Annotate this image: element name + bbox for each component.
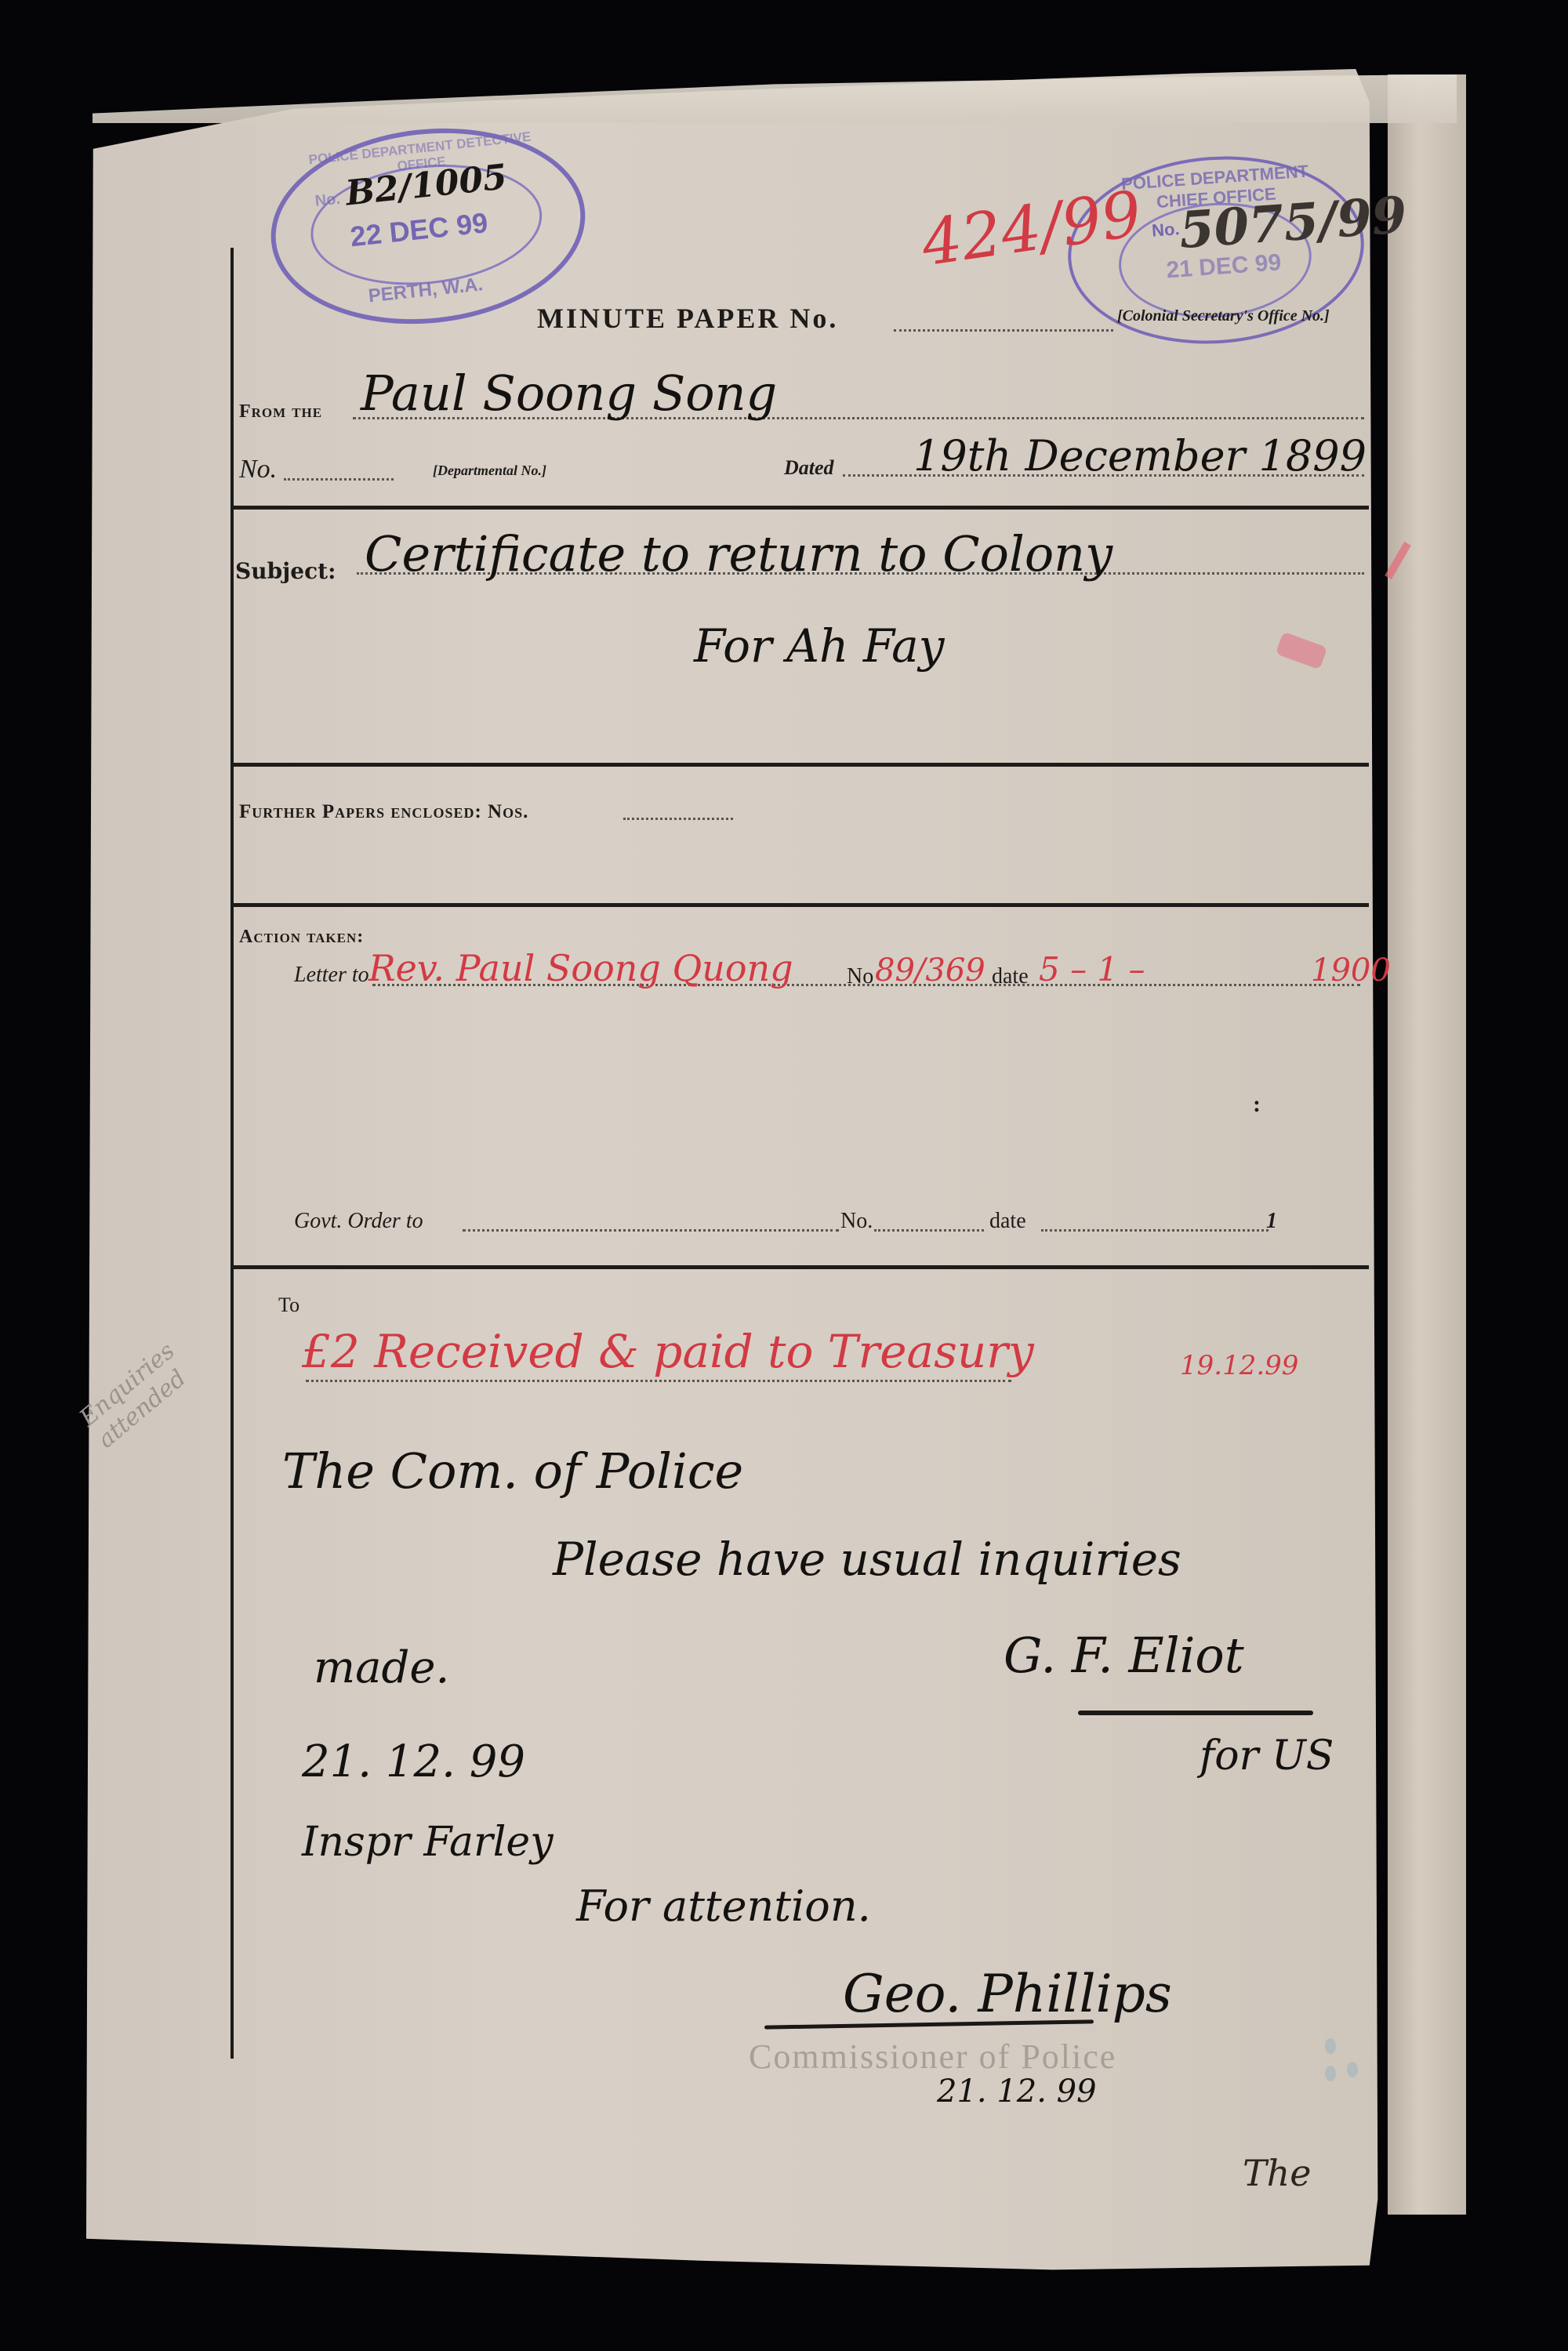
further-papers-label: Further Papers enclosed: Nos. xyxy=(239,801,528,823)
minute-number-line xyxy=(894,329,1113,332)
signature-underline xyxy=(1078,1711,1313,1715)
instruction-attention: For attention. xyxy=(576,1881,871,1931)
from-value: Paul Soong Song xyxy=(361,365,777,422)
subject-line-1: Certificate to return to Colony xyxy=(365,525,1112,582)
letter-no-label: No xyxy=(847,964,873,989)
from-label: From the xyxy=(239,401,322,423)
letter-date-value: 5 – 1 – xyxy=(1039,950,1145,989)
stamp-no-label: No. xyxy=(314,190,341,211)
minute-date-1: 21. 12. 99 xyxy=(302,1736,525,1787)
letter-to-label: Letter to xyxy=(294,963,369,988)
minute-date-2: 21. 12. 99 xyxy=(937,2073,1097,2110)
to-label: To xyxy=(278,1293,299,1317)
no-line xyxy=(284,478,394,481)
departmental-no-label: [Departmental No.] xyxy=(433,463,546,479)
paper-top-fold xyxy=(93,74,1457,123)
govt-order-date-label: date xyxy=(989,1209,1026,1234)
govt-order-label: Govt. Order to xyxy=(294,1209,423,1234)
commissioner-stamp: Commissioner of Police xyxy=(749,2037,1116,2077)
addressee: The Com. of Police xyxy=(282,1442,743,1500)
instruction-continued: made. xyxy=(314,1642,449,1693)
stain-dots xyxy=(1347,2062,1358,2077)
office-no-label: [Colonial Secretary's Office No.] xyxy=(1117,307,1330,325)
treasury-note: £2 Received & paid to Treasury xyxy=(302,1325,1034,1378)
letter-no-value: 89/369 xyxy=(875,952,985,989)
footer-mark: The xyxy=(1243,2152,1312,2194)
signature-eliot-suffix: for US xyxy=(1200,1732,1334,1780)
letter-date-label: date xyxy=(992,964,1029,989)
section-divider xyxy=(232,1265,1369,1269)
dated-value: 19th December 1899 xyxy=(913,431,1367,481)
subject-line-2: For Ah Fay xyxy=(694,619,944,673)
govt-order-line xyxy=(463,1229,839,1232)
addressee-inspector: Inspr Farley xyxy=(302,1819,554,1866)
letter-to-value: Rev. Paul Soong Quong xyxy=(368,947,793,989)
action-taken-label: Action taken: xyxy=(239,927,364,948)
govt-order-year-fragment: 1 xyxy=(1266,1209,1277,1234)
underlying-sheet-edge xyxy=(1388,74,1466,2215)
section-divider xyxy=(232,763,1369,767)
stain-dots xyxy=(1325,2038,1336,2054)
signature-eliot: G. F. Eliot xyxy=(1004,1627,1244,1684)
instruction-text: Please have usual inquiries xyxy=(553,1533,1181,1586)
no-label: No. xyxy=(239,455,277,484)
section-divider xyxy=(232,903,1369,907)
stain-dots xyxy=(1325,2066,1336,2081)
page-title: MINUTE PAPER No. xyxy=(537,302,838,335)
left-margin-rule xyxy=(230,248,234,2059)
margin-punctuation: : xyxy=(1253,1091,1261,1118)
treasury-date: 19.12.99 xyxy=(1180,1350,1298,1381)
to-line xyxy=(306,1380,1011,1382)
letter-year-value: 1900 xyxy=(1311,952,1391,989)
signature-phillips: Geo. Phillips xyxy=(843,1964,1172,2024)
dated-label: Dated xyxy=(784,456,834,480)
govt-order-no-label: No. xyxy=(840,1209,873,1234)
stamp-no-label: No. xyxy=(1151,219,1180,241)
subject-label: Subject: xyxy=(235,558,336,584)
further-papers-line xyxy=(623,818,733,820)
govt-order-date-line xyxy=(1041,1229,1269,1232)
govt-order-no-line xyxy=(874,1229,984,1232)
section-divider xyxy=(232,506,1369,510)
